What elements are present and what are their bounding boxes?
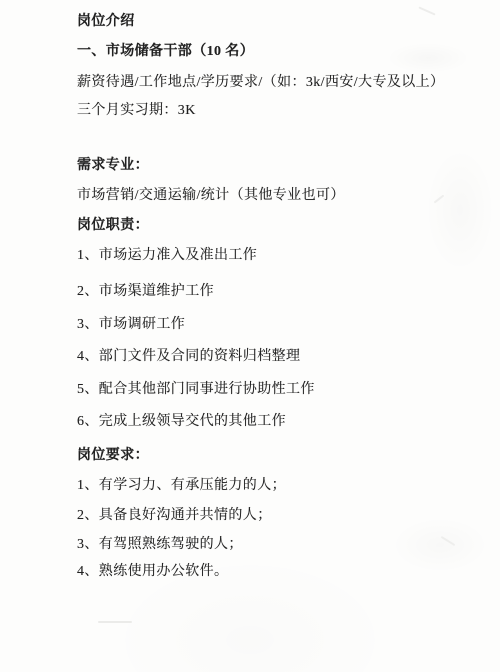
duty-item-5: 5、配合其他部门同事进行协助性工作 bbox=[77, 381, 315, 398]
document-title: 岗位介绍 bbox=[77, 13, 135, 30]
scan-smudge-artifact bbox=[418, 6, 435, 15]
duty-item-4: 4、部门文件及合同的资料归档整理 bbox=[77, 348, 300, 365]
requirement-item-3: 3、有驾照熟练驾驶的人； bbox=[77, 536, 243, 553]
requirement-item-1: 1、有学习力、有承压能力的人； bbox=[77, 477, 286, 494]
duties-heading: 岗位职责： bbox=[77, 217, 149, 234]
salary-location-line: 薪资待遇/工作地点/学历要求/（如：3k/西安/大专及以上） bbox=[77, 74, 444, 91]
position-heading: 一、市场储备干部（10 名） bbox=[77, 43, 254, 60]
requirement-item-4: 4、熟练使用办公软件。 bbox=[77, 563, 228, 580]
scan-smudge-artifact bbox=[98, 621, 132, 623]
requirement-item-2: 2、具备良好沟通并共情的人； bbox=[77, 507, 272, 524]
probation-line: 三个月实习期：3K bbox=[77, 102, 196, 119]
required-majors-heading: 需求专业： bbox=[77, 157, 149, 174]
duty-item-2: 2、市场渠道维护工作 bbox=[77, 283, 214, 300]
duty-item-6: 6、完成上级领导交代的其他工作 bbox=[77, 413, 286, 430]
scan-smudge-artifact bbox=[434, 195, 445, 204]
scan-smudge-artifact bbox=[441, 536, 456, 546]
requirements-heading: 岗位要求： bbox=[77, 447, 149, 464]
required-majors-content: 市场营销/交通运输/统计（其他专业也可） bbox=[77, 187, 345, 204]
duty-item-1: 1、市场运力准入及准出工作 bbox=[77, 247, 257, 264]
duty-item-3: 3、市场调研工作 bbox=[77, 316, 185, 333]
scanned-document-page: 岗位介绍 一、市场储备干部（10 名） 薪资待遇/工作地点/学历要求/（如：3k… bbox=[0, 0, 500, 672]
